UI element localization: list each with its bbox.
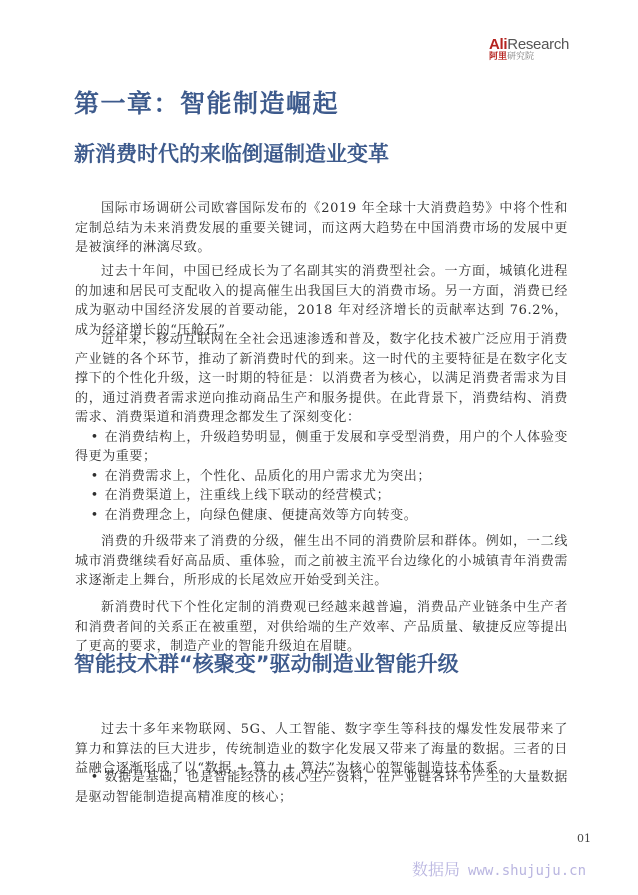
logo-ali-text: Ali xyxy=(489,36,507,53)
bullet-dot-icon: • xyxy=(91,506,105,526)
bullet-dot-icon: • xyxy=(91,768,105,788)
watermark: 数据局www.shujuju.cn xyxy=(412,857,586,880)
bullet-dot-icon: • xyxy=(91,428,105,448)
paragraph-mobile-internet: 近年来，移动互联网在全社会迅速渗透和普及，数字化技术被广泛应用于消费产业链的各个… xyxy=(75,330,568,428)
bullet-dot-icon: • xyxy=(91,467,105,487)
paragraph-euromonitor: 国际市场调研公司欧睿国际发布的《2019 年全球十大消费趋势》中将个性和定制总结… xyxy=(75,199,568,258)
paragraph-consumption-tiering: 消费的升级带来了消费的分级，催生出不同的消费阶层和群体。例如，一二线城市消费继续… xyxy=(75,532,568,591)
bullet-dot-icon: • xyxy=(91,486,105,506)
logo-ali-cn-text: 阿里 xyxy=(489,52,507,62)
aliresearch-logo: AliResearch 阿里研究院 xyxy=(489,37,569,62)
bullet-item: •在消费渠道上，注重线上线下联动的经营模式； xyxy=(75,486,568,506)
bullet-text: 在消费渠道上，注重线上线下联动的经营模式； xyxy=(105,488,391,503)
logo-research-text: Research xyxy=(507,36,569,53)
bullet-text: 在消费需求上，个性化、品质化的用户需求尤为突出； xyxy=(105,469,431,484)
bullet-item: •在消费理念上，向绿色健康、便捷高效等方向转变。 xyxy=(75,506,568,526)
bullet-text: 在消费结构上，升级趋势明显，侧重于发展和享受型消费，用户的个人体验变得更为重要； xyxy=(75,430,568,465)
bullet-item: •在消费需求上，个性化、品质化的用户需求尤为突出； xyxy=(75,467,568,487)
bullet-text: 数据是基础，也是智能经济的核心生产资料，在产业链各环节产生的大量数据是驱动智能制… xyxy=(75,770,568,805)
logo-english: AliResearch xyxy=(489,37,569,52)
watermark-url-text: www.shujuju.cn xyxy=(468,863,586,879)
bullet-list-tech: •数据是基础，也是智能经济的核心生产资料，在产业链各环节产生的大量数据是驱动智能… xyxy=(75,768,568,807)
watermark-cn-text: 数据局 xyxy=(412,860,460,879)
page-number: 01 xyxy=(577,832,591,845)
chapter-title: 第一章：智能制造崛起 xyxy=(74,84,339,120)
section-title-tech-fusion: 智能技术群“核聚变”驱动制造业智能升级 xyxy=(74,648,459,678)
bullet-text: 在消费理念上，向绿色健康、便捷高效等方向转变。 xyxy=(105,508,418,523)
section-title-new-consumption: 新消费时代的来临倒逼制造业变革 xyxy=(74,138,389,168)
bullet-item: •数据是基础，也是智能经济的核心生产资料，在产业链各环节产生的大量数据是驱动智能… xyxy=(75,768,568,807)
logo-chinese: 阿里研究院 xyxy=(489,53,569,62)
logo-yjy-text: 研究院 xyxy=(507,52,534,62)
paragraph-consumer-society: 过去十年间，中国已经成长为了名副其实的消费型社会。一方面，城镇化进程的加速和居民… xyxy=(75,262,568,340)
bullet-item: •在消费结构上，升级趋势明显，侧重于发展和享受型消费，用户的个人体验变得更为重要… xyxy=(75,428,568,467)
paragraph-mobile-internet-block: 近年来，移动互联网在全社会迅速渗透和普及，数字化技术被广泛应用于消费产业链的各个… xyxy=(75,330,568,525)
